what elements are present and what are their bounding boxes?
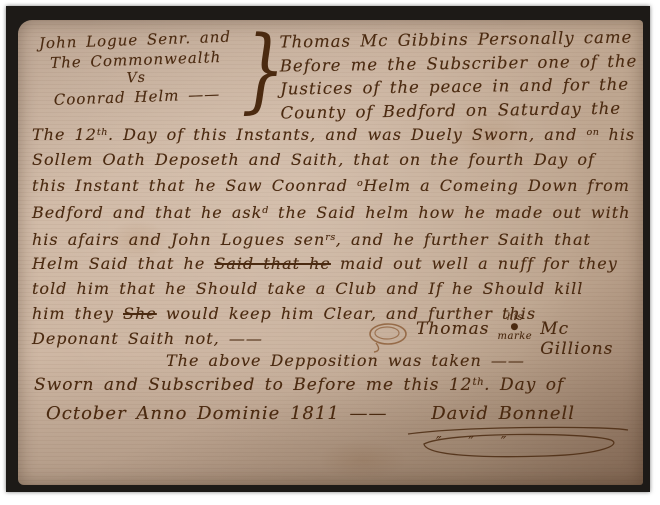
body-line: this Instant that he Saw Coonrad oHelm a…	[32, 172, 638, 199]
page: John Logue Senr. and The Commonwealth Vs…	[0, 0, 660, 505]
marke-label: marke	[498, 332, 533, 342]
paper-stain	[318, 440, 408, 480]
date-signature-row: October Anno Dominie 1811 —— David Bonne…	[46, 403, 575, 424]
body-line: told him that he Should take a Club and …	[32, 277, 638, 302]
justice-signature: David Bonnell	[431, 403, 575, 424]
case-caption: John Logue Senr. and The Commonwealth Vs…	[29, 26, 244, 110]
document-paper: John Logue Senr. and The Commonwealth Vs…	[18, 20, 643, 485]
body-line: Sollem Oath Deposeth and Saith, that on …	[32, 148, 638, 173]
body-line: Helm Said that he Said that he maid out …	[32, 252, 638, 277]
deposition-opening: Thomas Mc Gibbins Personally came Before…	[279, 25, 642, 124]
witness-first-name: Thomas	[416, 319, 490, 339]
photo-frame: John Logue Senr. and The Commonwealth Vs…	[6, 6, 650, 492]
sworn-line: Sworn and Subscribed to Before me this 1…	[34, 375, 634, 395]
date-line: October Anno Dominie 1811 ——	[46, 403, 388, 424]
body-line: Bedford and that he askd the Said helm h…	[32, 199, 638, 226]
body-line: The 12th. Day of this Instants, and was …	[32, 121, 638, 148]
witness-last-name: Mc Gillions	[540, 319, 643, 359]
deposition-body: The 12th. Day of this Instants, and was …	[32, 121, 638, 351]
ditto-marks: ″ ″ ″	[436, 433, 506, 451]
body-line: his afairs and John Logues senrs, and he…	[32, 226, 638, 253]
taken-line: The above Depposition was taken ——	[166, 351, 525, 370]
witness-mark-stack: his ● marke	[498, 313, 533, 342]
seal-scribble-icon	[366, 321, 410, 353]
